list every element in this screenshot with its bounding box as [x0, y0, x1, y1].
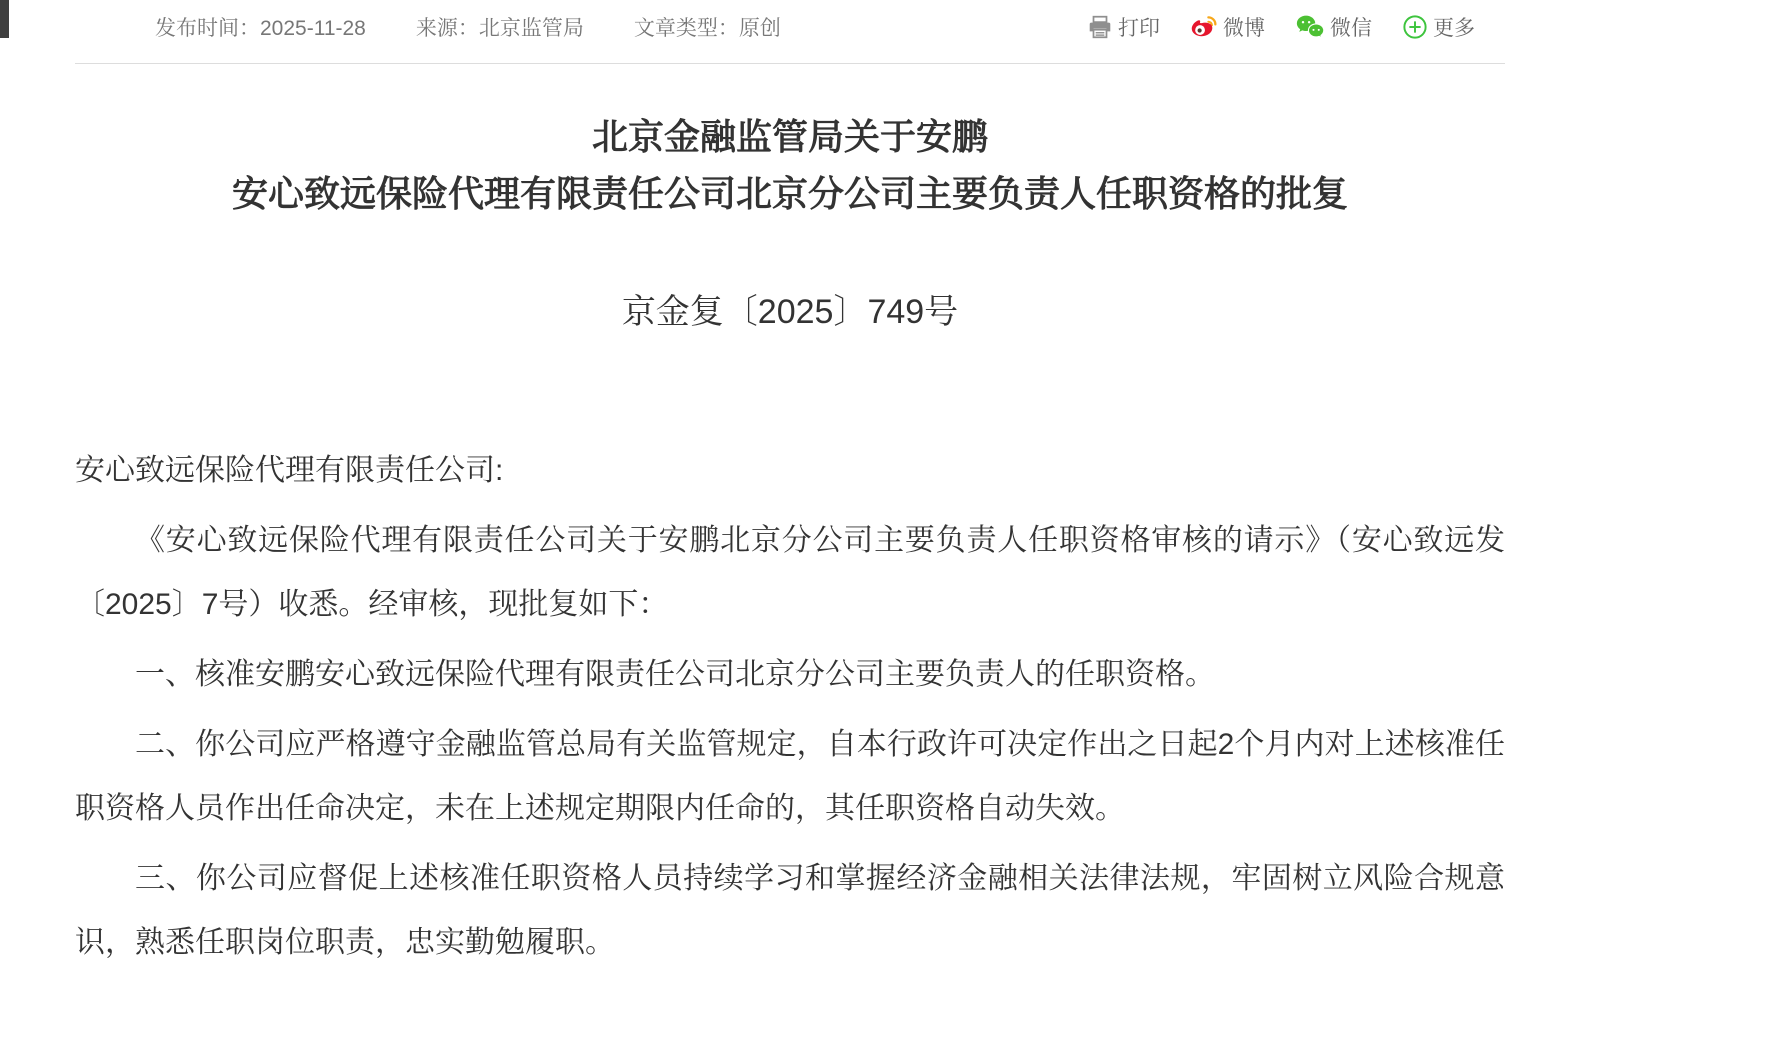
weibo-label: 微博: [1223, 12, 1265, 42]
meta-bar: 发布时间：2025-11-28 来源：北京监管局 文章类型：原创 打印: [75, 0, 1505, 64]
source: 来源：北京监管局: [416, 12, 584, 42]
publish-time: 发布时间：2025-11-28: [155, 12, 366, 42]
source-value: 北京监管局: [479, 17, 584, 40]
body-paragraph-item-2: 二、你公司应严格遵守金融监管总局有关监管规定，自本行政许可决定作出之日起2个月内…: [75, 713, 1505, 841]
article-type-value: 原创: [739, 17, 781, 40]
article-title: 北京金融监管局关于安鹏 安心致远保险代理有限责任公司北京分公司主要负责人任职资格…: [75, 108, 1505, 222]
article-type: 文章类型：原创: [634, 12, 781, 42]
share-toolbar: 打印 微博: [1087, 12, 1475, 42]
wechat-icon: [1295, 13, 1325, 41]
body-paragraph: 《安心致远保险代理有限责任公司关于安鹏北京分公司主要负责人任职资格审核的请示》（…: [75, 509, 1505, 637]
plus-circle-icon: [1402, 14, 1428, 40]
weibo-share-button[interactable]: 微博: [1190, 12, 1265, 42]
addressee-line: 安心致远保险代理有限责任公司:: [75, 439, 1505, 503]
source-label: 来源：: [416, 17, 479, 40]
article-type-label: 文章类型：: [634, 17, 739, 40]
document-body: 安心致远保险代理有限责任公司: 《安心致远保险代理有限责任公司关于安鹏北京分公司…: [75, 439, 1505, 975]
body-paragraph-item-3: 三、你公司应督促上述核准任职资格人员持续学习和掌握经济金融相关法律法规，牢固树立…: [75, 847, 1505, 975]
body-paragraph-item-1: 一、核准安鹏安心致远保险代理有限责任公司北京分公司主要负责人的任职资格。: [75, 643, 1505, 707]
article-page: 发布时间：2025-11-28 来源：北京监管局 文章类型：原创 打印: [75, 0, 1505, 975]
wechat-label: 微信: [1330, 12, 1372, 42]
wechat-share-button[interactable]: 微信: [1295, 12, 1372, 42]
screen-edge-artifact: [0, 0, 9, 38]
more-share-button[interactable]: 更多: [1402, 12, 1475, 42]
print-label: 打印: [1118, 12, 1160, 42]
document-number: 京金复〔2025〕749号: [75, 284, 1505, 333]
weibo-icon: [1190, 13, 1218, 41]
more-label: 更多: [1433, 12, 1475, 42]
meta-info: 发布时间：2025-11-28 来源：北京监管局 文章类型：原创: [155, 12, 781, 42]
publish-time-value: 2025-11-28: [260, 17, 366, 40]
title-line-2: 安心致远保险代理有限责任公司北京分公司主要负责人任职资格的批复: [75, 165, 1505, 222]
title-line-1: 北京金融监管局关于安鹏: [75, 108, 1505, 165]
print-button[interactable]: 打印: [1087, 12, 1160, 42]
publish-time-label: 发布时间：: [155, 17, 260, 40]
printer-icon: [1087, 14, 1113, 40]
